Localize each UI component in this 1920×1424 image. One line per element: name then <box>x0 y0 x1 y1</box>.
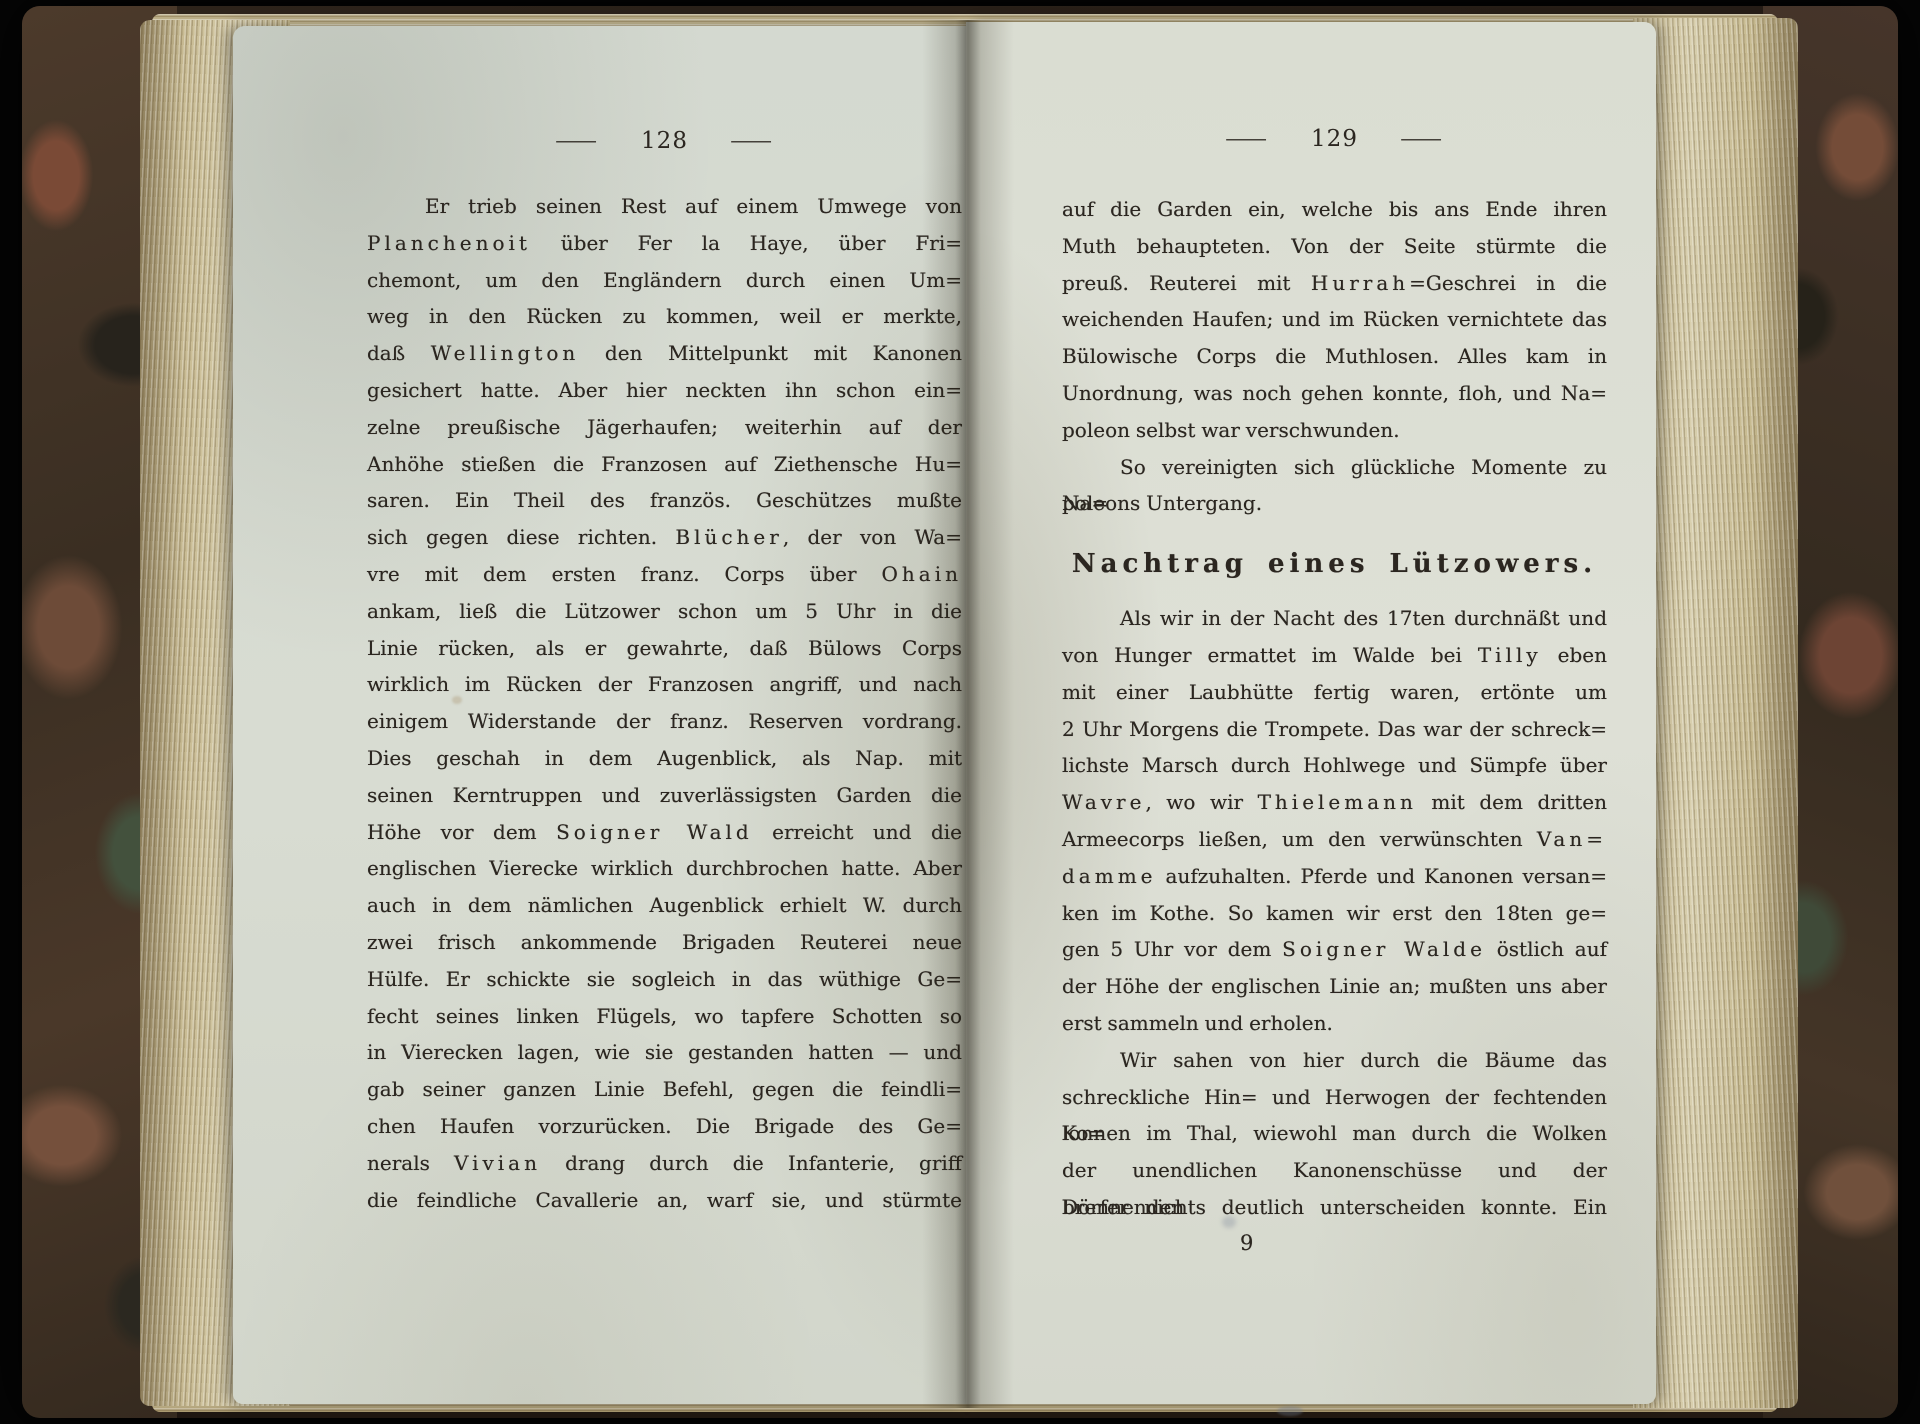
text-line: erst sammeln und erholen. <box>1062 1005 1607 1042</box>
text-line: chemont, um den Engländern durch einen U… <box>367 262 962 299</box>
text-line: gab seiner ganzen Linie Befehl, gegen di… <box>367 1071 962 1108</box>
text-line: Wir sahen von hier durch die Bäume das <box>1062 1042 1607 1079</box>
page-128-text: Er trieb seinen Rest auf einem Umwege vo… <box>367 188 962 1218</box>
text-line: gesichert hatte. Aber hier neckten ihn s… <box>367 372 962 409</box>
paragraph: Wir sahen von hier durch die Bäume dassc… <box>1062 1042 1607 1226</box>
text-line: Linie rücken, als er gewahrte, daß Bülow… <box>367 630 962 667</box>
text-line: saren. Ein Theil des französ. Geschützes… <box>367 482 962 519</box>
text-after-heading: Als wir in der Nacht des 17ten durchnäßt… <box>1062 600 1607 1226</box>
text-line: Planchenoit über Fer la Haye, über Fri= <box>367 225 962 262</box>
text-line: auf die Garden ein, welche bis ans Ende … <box>1062 191 1607 228</box>
text-line: Er trieb seinen Rest auf einem Umwege vo… <box>367 188 962 225</box>
text-line: Hülfe. Er schickte sie sogleich in das w… <box>367 961 962 998</box>
text-line: zelne preußische Jägerhaufen; weiterhin … <box>367 409 962 446</box>
header-dash-icon: — <box>554 128 600 154</box>
text-line: weg in den Rücken zu kommen, weil er mer… <box>367 298 962 335</box>
page-number-left: 128 <box>641 128 688 154</box>
page-number-right: 129 <box>1311 126 1358 152</box>
text-line: ken im Kothe. So kamen wir erst den 18te… <box>1062 895 1607 932</box>
text-line: der Höhe der englischen Linie an; mußten… <box>1062 968 1607 1005</box>
page-right: — 129 — auf die Garden ein, welche bis a… <box>966 22 1656 1404</box>
text-line: der unendlichen Kanonenschüsse und der b… <box>1062 1152 1607 1189</box>
text-line: preuß. Reuterei mit Hurrah=Geschrei in d… <box>1062 265 1607 302</box>
text-line: sich gegen diese richten. Blücher, der v… <box>367 519 962 556</box>
text-line: vre mit dem ersten franz. Corps über Oha… <box>367 556 962 593</box>
text-line: nerals Vivian drang durch die Infanterie… <box>367 1145 962 1182</box>
book: — 128 — Er trieb seinen Rest auf einem U… <box>22 6 1898 1418</box>
header-dash-icon: — <box>1399 126 1445 152</box>
text-line: die feindliche Cavallerie an, warf sie, … <box>367 1182 962 1219</box>
paragraph: So vereinigten sich glückliche Momente z… <box>1062 449 1607 523</box>
paragraph: Er trieb seinen Rest auf einem Umwege vo… <box>367 188 962 1218</box>
text-line: ankam, ließ die Lützower schon um 5 Uhr … <box>367 593 962 630</box>
text-line: Armeecorps ließen, um den verwünschten V… <box>1062 821 1607 858</box>
header-dash-icon: — <box>1224 126 1270 152</box>
text-line: Dies geschah in dem Augenblick, als Nap.… <box>367 740 962 777</box>
text-line: 2 Uhr Morgens die Trompete. Das war der … <box>1062 711 1607 748</box>
text-line: lichste Marsch durch Hohlwege und Sümpfe… <box>1062 747 1607 784</box>
text-line: englischen Vierecke wirklich durchbroche… <box>367 850 962 887</box>
page-header-right: — 129 — <box>1062 126 1607 152</box>
text-line: Anhöhe stießen die Franzosen auf Ziethen… <box>367 446 962 483</box>
photo-background: — 128 — Er trieb seinen Rest auf einem U… <box>0 0 1920 1424</box>
text-line: Muth behaupteten. Von der Seite stürmte … <box>1062 228 1607 265</box>
page-header-left: — 128 — <box>367 128 962 154</box>
header-dash-icon: — <box>729 128 775 154</box>
text-line: in Vierecken lagen, wie sie gestanden ha… <box>367 1034 962 1071</box>
text-line: weichenden Haufen; und im Rücken vernich… <box>1062 301 1607 338</box>
section-heading: Nachtrag eines Lützowers. <box>1062 546 1607 582</box>
text-line: lonnen im Thal, wiewohl man durch die Wo… <box>1062 1115 1607 1152</box>
text-before-heading: auf die Garden ein, welche bis ans Ende … <box>1062 191 1607 522</box>
paragraph: Als wir in der Nacht des 17ten durchnäßt… <box>1062 600 1607 1042</box>
page-edges-right <box>1633 18 1798 1408</box>
paragraph: auf die Garden ein, welche bis ans Ende … <box>1062 191 1607 449</box>
text-line: von Hunger ermattet im Walde bei Tilly e… <box>1062 637 1607 674</box>
text-line: seinen Kerntruppen und zuverlässigsten G… <box>367 777 962 814</box>
text-line: fecht seines linken Flügels, wo tapfere … <box>367 998 962 1035</box>
text-line: auch in dem nämlichen Augenblick erhielt… <box>367 887 962 924</box>
text-line: poleons Untergang. <box>1062 485 1607 522</box>
text-line: Unordnung, was noch gehen konnte, floh, … <box>1062 375 1607 412</box>
text-line: So vereinigten sich glückliche Momente z… <box>1062 449 1607 486</box>
text-line: wirklich im Rücken der Franzosen angriff… <box>367 666 962 703</box>
text-line: Bülowische Corps die Muthlosen. Alles ka… <box>1062 338 1607 375</box>
text-line: gen 5 Uhr vor dem Soigner Walde östlich … <box>1062 931 1607 968</box>
text-line: Dörfer nichts deutlich unterscheiden kon… <box>1062 1189 1607 1226</box>
text-line: daß Wellington den Mittelpunkt mit Kanon… <box>367 335 962 372</box>
text-line: Als wir in der Nacht des 17ten durchnäßt… <box>1062 600 1607 637</box>
page-left: — 128 — Er trieb seinen Rest auf einem U… <box>233 26 966 1404</box>
text-line: mit einer Laubhütte fertig waren, ertönt… <box>1062 674 1607 711</box>
text-line: poleon selbst war verschwunden. <box>1062 412 1607 449</box>
text-line: einigem Widerstande der franz. Reserven … <box>367 703 962 740</box>
text-line: damme aufzuhalten. Pferde und Kanonen ve… <box>1062 858 1607 895</box>
text-line: Höhe vor dem Soigner Wald erreicht und d… <box>367 814 962 851</box>
text-line: Wavre, wo wir Thielemann mit dem dritten <box>1062 784 1607 821</box>
page-129-text: auf die Garden ein, welche bis ans Ende … <box>1062 191 1607 1260</box>
signature-mark: 9 <box>1240 1226 1607 1260</box>
text-line: chen Haufen vorzurücken. Die Brigade des… <box>367 1108 962 1145</box>
text-line: zwei frisch ankommende Brigaden Reuterei… <box>367 924 962 961</box>
text-line: schreckliche Hin= und Herwogen der fecht… <box>1062 1079 1607 1116</box>
